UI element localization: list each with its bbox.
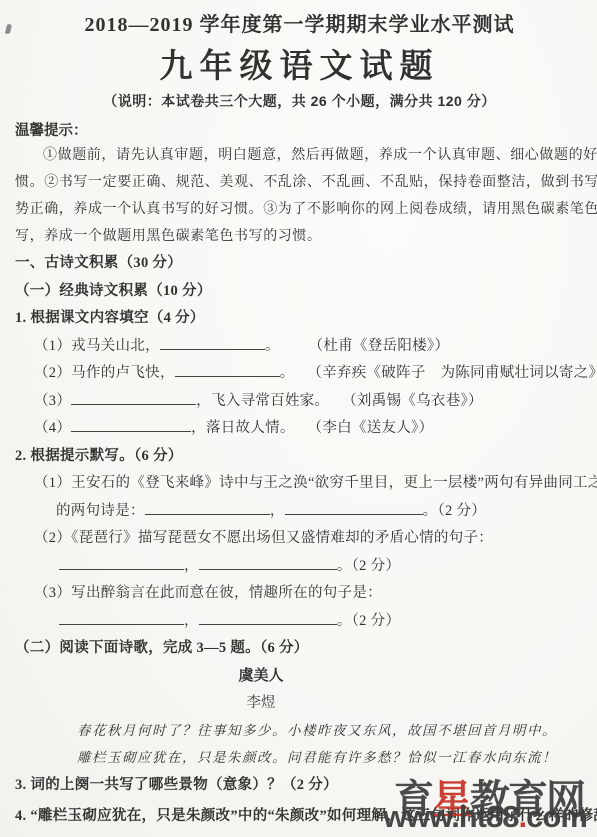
q2-item-3-line-1: （3）写出醉翁言在此而意在彼，情趣所在的句子是： (15, 580, 584, 608)
scan-artifact (5, 24, 12, 35)
q2-item-2-line-2: ，。（2 分） (15, 553, 584, 581)
answer-blank (199, 556, 337, 570)
item-text: 。 (423, 503, 438, 519)
tips-line: 写，养成一个做题用黑色碳素笔色书写的习惯。 (15, 223, 584, 250)
item-text: ， (270, 503, 285, 519)
item-text: ， (184, 558, 199, 574)
watermark-url-text: www.ht88 (383, 799, 519, 834)
item-text: （1）戎马关山北， (34, 338, 160, 354)
tips-line: 势正确，养成一个认真书写的好习惯。③为了不影响你的网上阅卷成绩，请用黑色碳素笔色… (15, 196, 584, 223)
section-one-heading: 一、古诗文积累（30 分） (15, 250, 584, 278)
q1-item-1: （1）戎马关山北，。（杜甫《登岳阳楼》） (15, 333, 584, 361)
item-text: ，落日故人情。 (191, 420, 295, 436)
item-text: 。 (265, 338, 280, 354)
q1-stem: 1. 根据课文内容填空（4 分） (15, 305, 584, 333)
q2-item-3-line-2: ，。（2 分） (15, 608, 584, 636)
poem-title: 虞美人 (15, 663, 507, 690)
item-text: 。 (337, 613, 352, 629)
paper-title: 九年级语文试题 (15, 44, 584, 88)
poem-author: 李煜 (15, 690, 507, 717)
q2-stem: 2. 根据提示默写。（6 分） (15, 443, 584, 471)
item-source: （刘禹锡《乌衣巷》） (349, 393, 483, 409)
q2-item-1-line-2: 的两句诗是：，。（2 分） (15, 498, 584, 526)
item-text: （4） (34, 420, 71, 436)
answer-blank (59, 611, 184, 625)
score-label: （2 分） (437, 503, 486, 519)
poem-line: 春花秋月何时了？往事知多少。小楼昨夜又东风，故国不堪回首月明中。 (15, 717, 584, 745)
item-text: （2）马作的卢飞快， (34, 365, 175, 381)
item-source: （辛弃疾《破阵子 为陈同甫赋壮词以寄之》） (315, 365, 597, 381)
item-source: （杜甫《登岳阳楼》） (316, 338, 450, 354)
exam-paper-scan: 2018—2019 学年度第一学期期末学业水平测试 九年级语文试题 （说明：本试… (0, 0, 597, 837)
item-text: ， (184, 613, 199, 629)
watermark-url-text: com (526, 799, 587, 834)
answer-blank (145, 501, 270, 515)
item-source: （李白《送友人》） (315, 420, 434, 436)
tips-label: 温馨提示： (15, 120, 584, 142)
tips-line: ①做题前，请先认真审题，明白题意，然后再做题，养成一个认真审题、细心做题的好习 (15, 142, 584, 169)
q1-item-3: （3），飞入寻常百姓家。（刘禹锡《乌衣巷》） (15, 388, 584, 416)
item-text: （3） (34, 393, 71, 409)
watermark-url: www.ht88.com (383, 799, 587, 835)
answer-blank (175, 363, 280, 377)
answer-blank (71, 418, 191, 432)
q2-item-2-line-1: （2）《琵琶行》描写琵琶女不愿出场但又盛情难却的矛盾心情的句子： (15, 525, 584, 553)
tips-line: 惯。②书写一定要正确、规范、美观、不乱涂、不乱画、不乱贴，保持卷面整洁，做到书写… (15, 169, 584, 196)
q1-item-4: （4），落日故人情。（李白《送友人》） (15, 415, 584, 443)
item-text: 。 (280, 365, 295, 381)
score-label: （2 分） (352, 558, 401, 574)
q2-item-1-line-1: （1）王安石的《登飞来峰》诗中与王之涣“欲穷千里目，更上一层楼”两句有异曲同工之… (15, 470, 584, 498)
answer-blank (59, 556, 184, 570)
part-two-heading: （二）阅读下面诗歌，完成 3—5 题。（6 分） (15, 635, 584, 663)
exam-session-title: 2018—2019 学年度第一学期期末学业水平测试 (15, 12, 584, 38)
answer-blank (71, 391, 196, 405)
answer-blank (285, 501, 423, 515)
answer-blank (199, 611, 337, 625)
part-one-heading: （一）经典诗文积累（10 分） (15, 278, 584, 306)
score-label: （2 分） (352, 613, 401, 629)
item-text: 。 (337, 558, 352, 574)
item-text: ，飞入寻常百姓家。 (196, 393, 329, 409)
q1-item-2: （2）马作的卢飞快，。（辛弃疾《破阵子 为陈同甫赋壮词以寄之》） (15, 360, 584, 388)
paper-note: （说明：本试卷共三个大题，共 26 个小题，满分共 120 分） (15, 90, 584, 112)
answer-blank (160, 336, 265, 350)
item-text: 的两句诗是： (56, 503, 145, 519)
